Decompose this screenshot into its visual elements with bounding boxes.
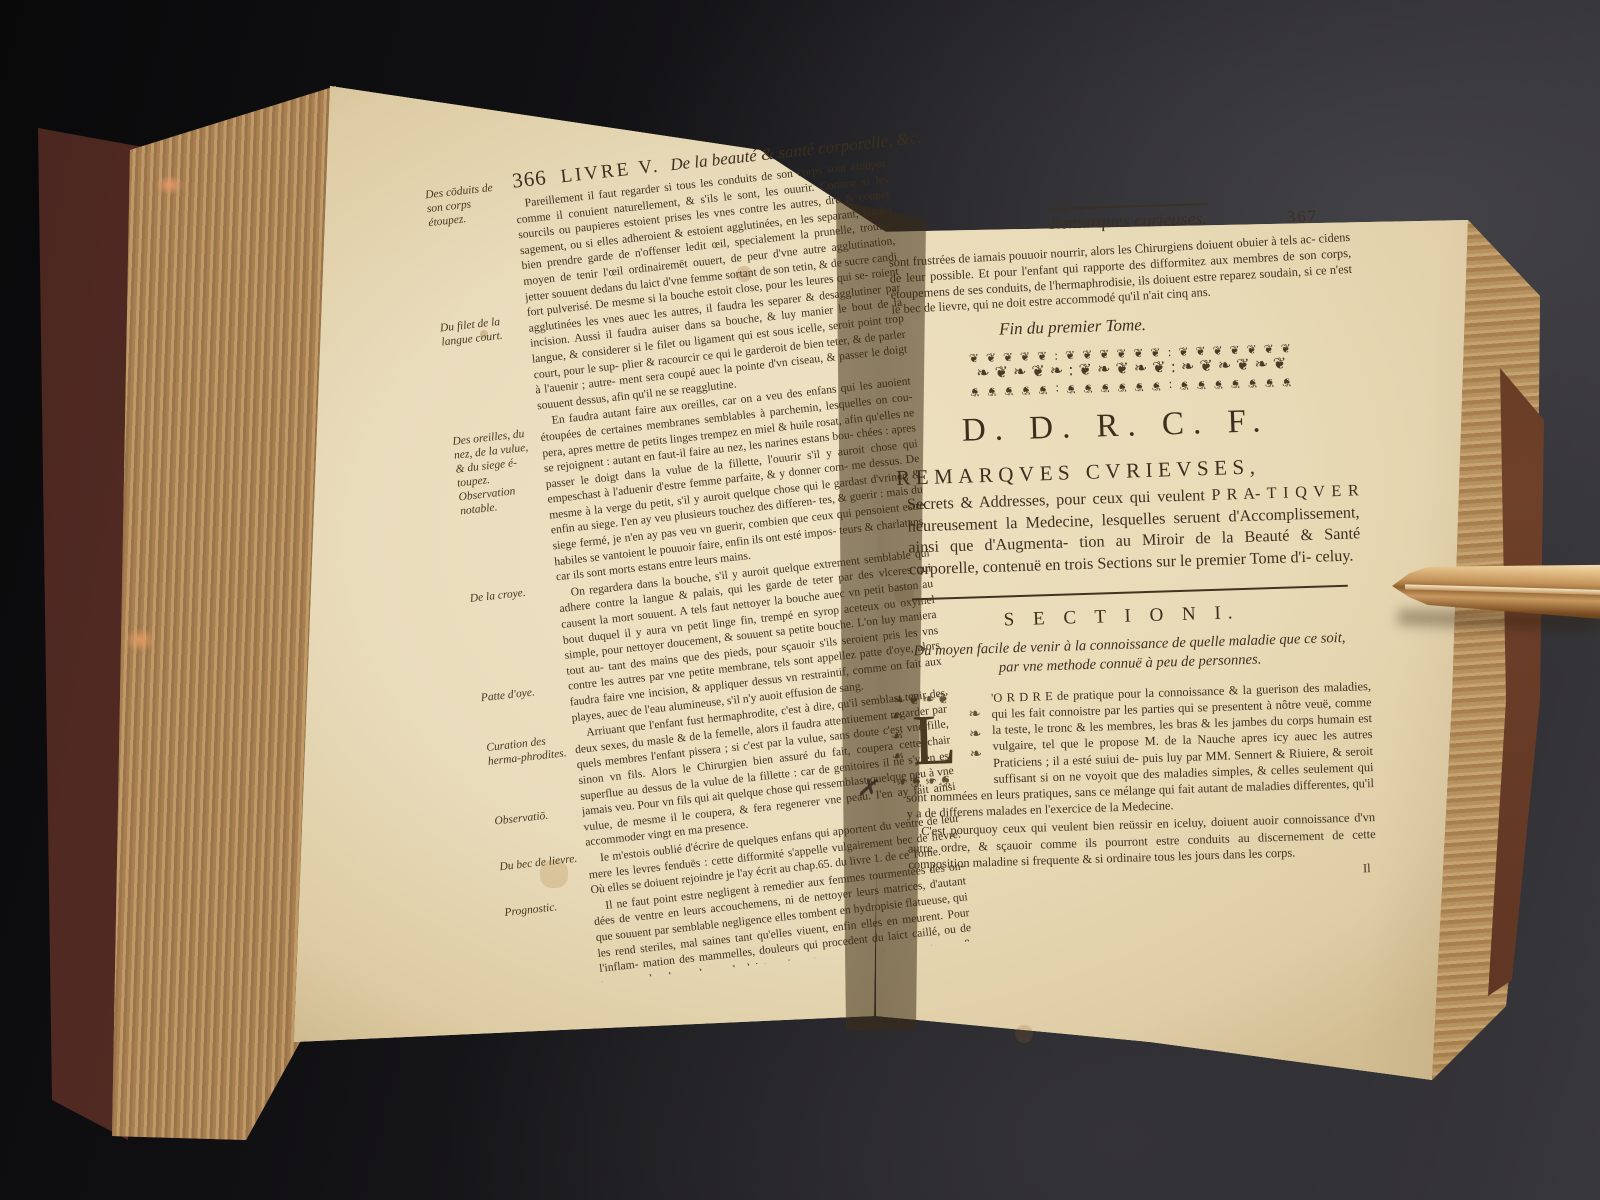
section-divider-rule xyxy=(912,585,1348,601)
margin-note: Des oreilles, du nez, de la vulue, & du … xyxy=(452,426,545,519)
margin-note: Du bec de lievre. xyxy=(499,851,584,874)
margin-note: Curation des herma-phrodites. xyxy=(486,732,573,769)
right-running-title: Remarques curieuses. xyxy=(978,206,1279,236)
margin-note: Observatiō. xyxy=(494,805,579,828)
right-page-number: 367 xyxy=(1286,206,1318,227)
margin-note: Du filet de la langue court. xyxy=(439,312,526,349)
section-subtitle: Du moyen facile de venir à la connoissan… xyxy=(909,629,1350,681)
margin-note: Prognostic. xyxy=(504,897,589,920)
monogram-heading: D. D. R. C. F. xyxy=(894,401,1337,452)
remarques-subtitle: Secrets & Addresses, pour ceux qui veule… xyxy=(907,481,1361,581)
margin-note: Patte d'oye. xyxy=(480,682,565,705)
right-intro-paragraph: sont frustrées de iamais pouuoir nourrir… xyxy=(888,230,1353,319)
section-heading: S E C T I O N I. xyxy=(900,599,1342,635)
left-page-number: 366 xyxy=(511,165,548,193)
right-body-text: ❧❦❧❦ ❧❦❧❦ ❧❧❧ ❧❧❧ L 'O R D R E de pratiq… xyxy=(903,678,1377,891)
margin-note: Des cōduits de son corps étoupez. xyxy=(425,179,513,230)
fin-du-tome-line: Fin du premier Tome. xyxy=(891,312,1253,343)
right-page-content: Remarques curieuses. 367 sont frustrées … xyxy=(888,203,1391,891)
photo-scene: 366LIVRE V.De la beauté & santé corporel… xyxy=(0,0,1600,1200)
printer-ornament-band: ❦❦❦❦❦:❦❦❦❦❦❦:❦❦❦❦❦❦❦ ❧❦❧❦❧:❦❧❦❧❦:❧❦❧❦❧❦ … xyxy=(924,341,1343,400)
margin-note: De la croye. xyxy=(469,583,554,606)
